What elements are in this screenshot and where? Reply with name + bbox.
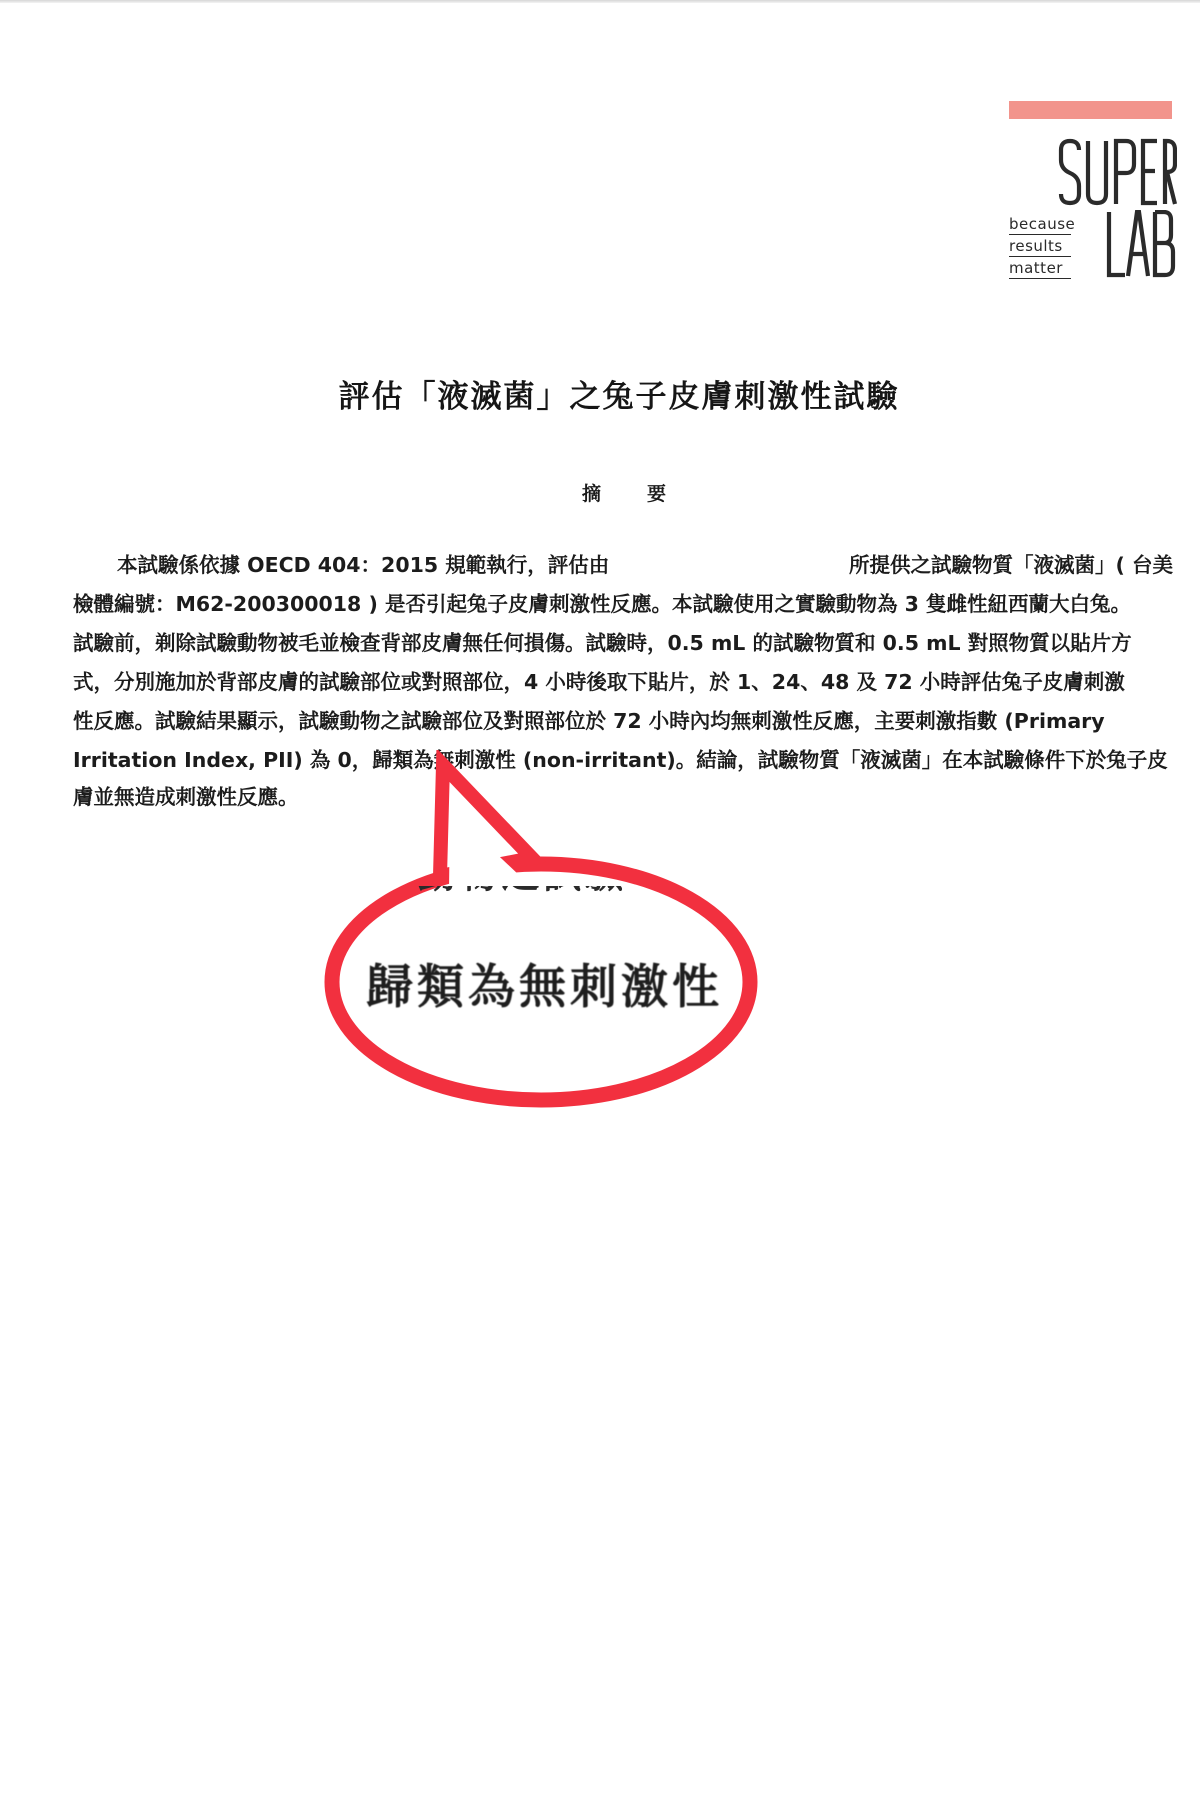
callout-partial-text: 動物之試驗: [418, 886, 668, 906]
abstract-line-1-part-2: 所提供之試驗物質「液滅菌」( 台美: [849, 550, 1173, 580]
document-title: 評估「液滅菌」之兔子皮膚刺激性試驗: [0, 371, 1200, 416]
callout-highlight-text: 歸類為無刺激性: [366, 950, 723, 1017]
logo-accent-bar: [1009, 101, 1172, 119]
abstract-line-2: 檢體編號：M62-200300018 ) 是否引起兔子皮膚刺激性反應。本試驗使用…: [73, 589, 1173, 619]
abstract-line-4: 式，分別施加於背部皮膚的試驗部位或對照部位，4 小時後取下貼片，於 1、24、4…: [73, 667, 1173, 697]
abstract-line-1: 本試驗係依據 OECD 404：2015 規範執行，評估由 所提供之試驗物質「液…: [117, 550, 1173, 580]
abstract-heading-char-2: 要: [647, 479, 666, 506]
callout-bubble: 動物之試驗 歸類為無刺激性: [300, 750, 780, 1130]
logo-lab-text: [1105, 210, 1177, 278]
abstract-line-5: 性反應。試驗結果顯示，試驗動物之試驗部位及對照部位於 72 小時內均無刺激性反應…: [73, 706, 1173, 736]
abstract-heading-char-1: 摘: [582, 479, 601, 506]
scan-edge: [0, 0, 1200, 3]
logo-tagline-because: because: [1009, 215, 1071, 235]
logo-tagline-matter: matter: [1009, 259, 1071, 279]
redacted-company-name: [619, 550, 839, 580]
abstract-line-1-part-1: 本試驗係依據 OECD 404：2015 規範執行，評估由: [117, 550, 609, 580]
abstract-line-3-text: 試驗前，剃除試驗動物被毛並檢查背部皮膚無任何損傷。試驗時，0.5 mL 的試驗物…: [73, 628, 1132, 658]
logo-super-text: [1057, 138, 1177, 206]
abstract-line-7-text: 膚並無造成刺激性反應。: [73, 782, 299, 812]
abstract-heading: 摘 要: [580, 479, 670, 503]
abstract-line-2-text: 檢體編號：M62-200300018 ) 是否引起兔子皮膚刺激性反應。本試驗使用…: [73, 589, 1131, 619]
callout-outline: [300, 750, 780, 1130]
abstract-line-4-text: 式，分別施加於背部皮膚的試驗部位或對照部位，4 小時後取下貼片，於 1、24、4…: [73, 667, 1125, 697]
abstract-line-5-text: 性反應。試驗結果顯示，試驗動物之試驗部位及對照部位於 72 小時內均無刺激性反應…: [73, 706, 1105, 736]
logo-tagline-results: results: [1009, 237, 1071, 257]
abstract-line-3: 試驗前，剃除試驗動物被毛並檢查背部皮膚無任何損傷。試驗時，0.5 mL 的試驗物…: [73, 628, 1173, 658]
superlab-logo: because results matter: [1005, 98, 1177, 283]
